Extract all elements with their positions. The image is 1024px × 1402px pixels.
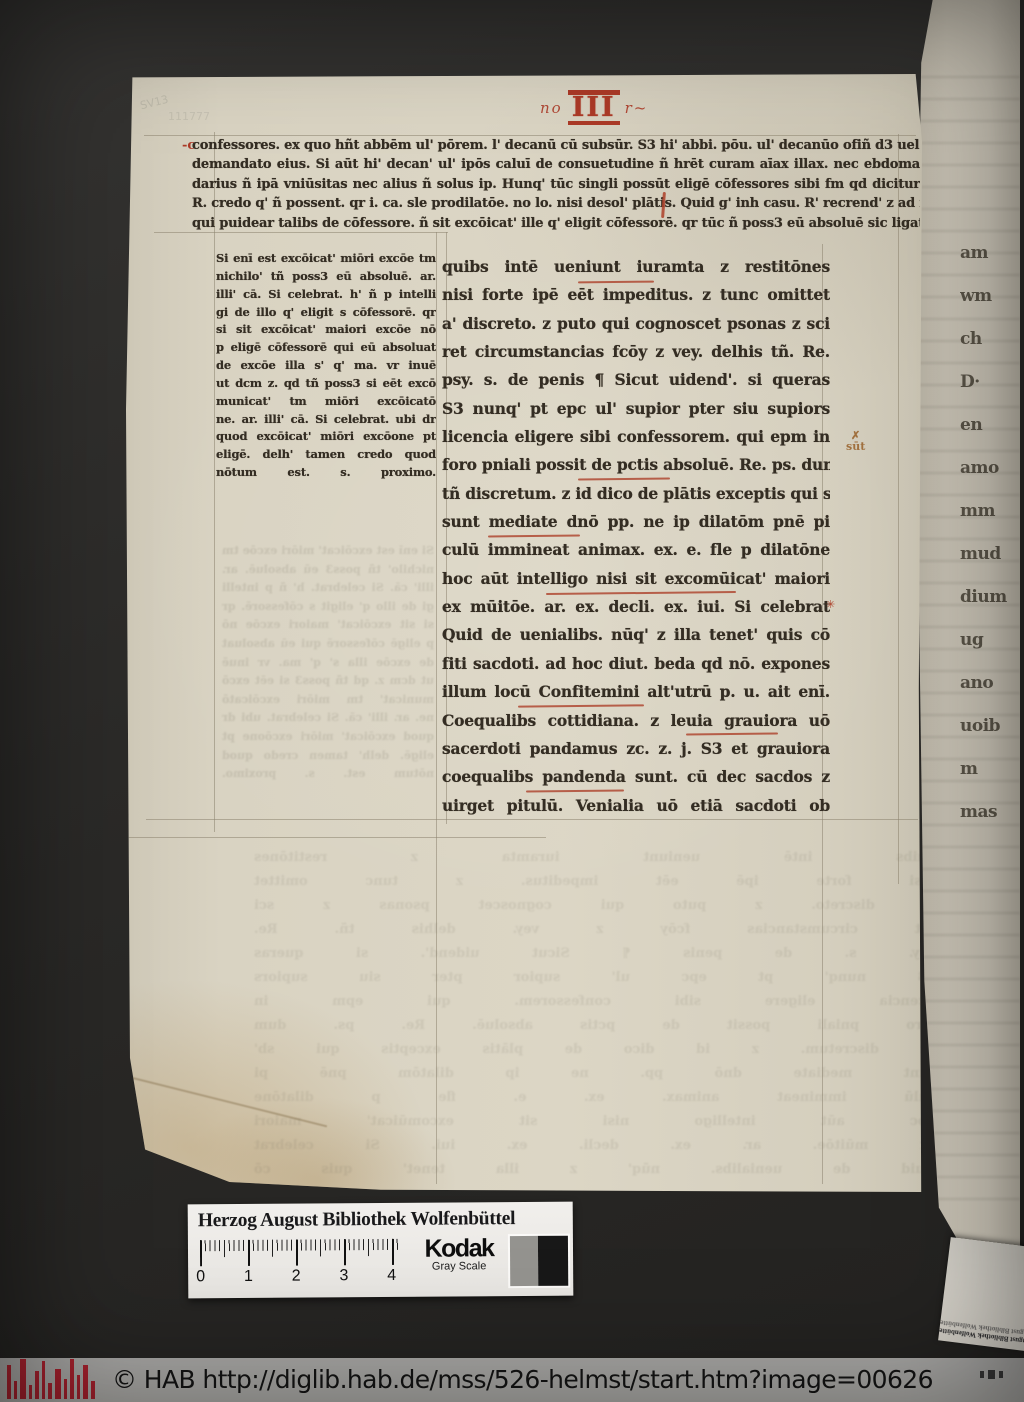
manuscript-text-line: S3 nunq' pt epc ul' supior pter siu supi… <box>442 395 830 423</box>
manuscript-page: SV13 111777 no III r~ -c confessores. ex… <box>126 74 922 1192</box>
manuscript-text-line: nōtum est. s. proximo. <box>216 464 436 482</box>
bleedthrough-line: de excōe illa s' q' ma. vr inuē <box>222 654 434 673</box>
underleaf-text-fragment: ug <box>960 619 1022 662</box>
bleedthrough-line: si sit excōicat' maiori excōe nō <box>222 616 434 635</box>
bleedthrough-line: municat' tm miōri excōicatō <box>222 691 434 710</box>
bleedthrough-line: hoc aūt intelligo nisi sit excomūicat' m… <box>254 1110 936 1134</box>
red-registration-stamp <box>7 1359 95 1399</box>
underleaf-text-fragment: ano <box>960 662 1022 705</box>
bleedthrough-line: ut dcm z. qd tñ poss3 si eēt excō <box>222 672 434 691</box>
ruler-number: 2 <box>292 1268 301 1286</box>
bleedthrough-line: quod excōicat' miōri excōone pt <box>222 728 434 747</box>
bleedthrough-line: licencia eligere sibi confessorem. qui e… <box>254 990 936 1014</box>
manuscript-text-line: eligē. delh' tamen credo quod <box>216 446 436 464</box>
manuscript-text-line: gi de illo q' eligit s cōfessorē. qr <box>216 304 436 322</box>
manuscript-text-line: uirget pitulū. Venialia uō etiā sacdoti … <box>442 792 830 820</box>
manuscript-text-line: illi' cā. Si celebrat. h' ñ p intelli <box>216 286 436 304</box>
pencil-inscription: 111777 <box>168 110 210 123</box>
bleedthrough-line: culū immineat animax. ex. e. fle p dilat… <box>254 1086 936 1110</box>
bleedthrough-line: Quid de uenialibs. nūq' z illa tenet' qu… <box>254 1158 936 1176</box>
bleedthrough-line: foro pniali possit de pctis absoluē. Re.… <box>254 1014 936 1038</box>
ruling-line <box>898 134 899 884</box>
manuscript-text-line: a' discreto. z puto qui cognoscet psonas… <box>442 310 830 338</box>
underleaf-text-fragment: m <box>960 748 1022 791</box>
bleedthrough-line: nichilo' tñ poss3 eū absoluē. ar. <box>222 561 434 580</box>
manuscript-text-line: coequalibs pandenda sunt. cū dec sacdos … <box>442 763 830 791</box>
centimeter-ruler: 01234 <box>200 1239 406 1270</box>
top-text-block: confessores. ex quo hñt abbēm ul' pōrem.… <box>192 136 920 233</box>
ruler-number: 3 <box>339 1267 348 1285</box>
bleedthrough-line: nōtum est. s. proximo. <box>222 765 434 784</box>
bleedthrough-line: gi de illo q' eligit s cōfessorē. qr <box>222 598 434 617</box>
folio-numeral-rubric: no III r~ <box>540 90 648 125</box>
manuscript-text-line: sacerdoti pandamus zc. z. j. S3 et graui… <box>442 735 830 763</box>
manuscript-text-line: de excōe illa s' q' ma. vr inuē <box>216 357 436 375</box>
manuscript-text-line: demandato eius. Si aūt hi' decan' ul' ip… <box>192 155 920 174</box>
manuscript-text-line: illum locū Confitemini alt'utrū p. u. ai… <box>442 678 830 706</box>
copyright-strip: © HAB http://diglib.hab.de/mss/526-helms… <box>0 1358 1024 1402</box>
gray-scale-patch <box>508 1234 570 1288</box>
marginal-annotation-text: sūt <box>846 441 865 452</box>
manuscript-text-line: p eligē cōfessorē qui eū absoluat <box>216 339 436 357</box>
underleaf-text-fragment: en <box>960 404 1022 447</box>
underleaf-clipped-text-column: amwmchD·enamommmuddiumuganouoibmmas <box>960 232 1022 834</box>
bleedthrough-line: illi' cā. Si celebrat. h' ñ p intelli <box>222 579 434 598</box>
underleaf-text-fragment: ch <box>960 318 1022 361</box>
manuscript-text-line: municat' tm miōri excōicatō <box>216 393 436 411</box>
bleedthrough-line: S3 nunq' pt epc ul' supior pter siu supi… <box>254 966 936 990</box>
manuscript-text-line: hoc aūt intelligo nisi sit excomūicat' m… <box>442 565 830 593</box>
manuscript-text-line: Quid de uenialibs. nūq' z illa tenet' qu… <box>442 621 830 649</box>
manuscript-text-line: Coequalibs cottidiana. z leuia grauiora … <box>442 707 830 735</box>
pencil-inscription: SV13 <box>139 93 170 113</box>
rubric-flourish-right: r~ <box>625 99 649 117</box>
manuscript-text-line: Si enī est excōicat' miōri excōe tm <box>216 250 436 268</box>
manuscript-text-line: ex mūitōe. ar. ex. decli. ex. iui. Si ce… <box>442 593 830 621</box>
manuscript-text-line: darius ñ ipā vniūsitas nec alius ñ solus… <box>192 175 920 194</box>
ruling-line <box>126 837 546 838</box>
underleaf-page-edge: amwmchD·enamommmuddiumuganouoibmmas <box>916 0 1020 1258</box>
red-asterisk-mark: ✳ <box>826 598 835 611</box>
manuscript-text-line: psy. s. de penis ¶ Sicut uidend'. si que… <box>442 366 830 394</box>
manuscript-text-line: R. credo q' ñ possent. qr i. ca. sle pro… <box>192 194 920 213</box>
bleedthrough-text-bottom: quibs intē ueniunt iuramta z restitōnesn… <box>254 846 936 1176</box>
underleaf-text-fragment: amo <box>960 447 1022 490</box>
bleedthrough-line: a' discreto. z puto qui cognoscet psonas… <box>254 894 936 918</box>
tiny-corner-mark <box>980 1370 1003 1379</box>
ruler-number: 0 <box>196 1268 205 1286</box>
bleedthrough-line: ex mūitōe. ar. ex. decli. ex. iui. Si ce… <box>254 1134 936 1158</box>
underleaf-text-fragment: wm <box>960 275 1022 318</box>
ruler-numbers: 01234 <box>196 1267 396 1286</box>
manuscript-text-line: nisi forte ipē eēt impeditus. z tunc omi… <box>442 281 830 309</box>
manuscript-text-line: licencia eligere sibi confessorem. qui e… <box>442 423 830 451</box>
kodak-logo: Kodak <box>416 1236 502 1261</box>
manuscript-text-line: si sit excōicat' maiori excōe nō <box>216 321 436 339</box>
gray-patch-light <box>510 1236 538 1286</box>
manuscript-text-line: tñ discretum. z id dico de plātis except… <box>442 480 830 508</box>
underleaf-text-fragment: am <box>960 232 1022 275</box>
library-scale-card: Herzog August Bibliothek Wolfenbüttel 01… <box>188 1202 574 1299</box>
bleedthrough-line: quibs intē ueniunt iuramta z restitōnes <box>254 846 936 870</box>
ruler-number: 1 <box>244 1268 253 1286</box>
underleaf-text-fragment: dium <box>960 576 1022 619</box>
rubric-flourish-left: no <box>540 99 563 117</box>
manuscript-text-line: ut dcm z. qd tñ poss3 si eēt excō <box>216 375 436 393</box>
manuscript-text-line: quod excōicat' miōri excōone pt <box>216 428 436 446</box>
manuscript-text-line: fiti sacdoti. ad hoc diut. beda qd nō. e… <box>442 650 830 678</box>
underleaf-text-fragment: mas <box>960 791 1022 834</box>
bleedthrough-line: ne. ar. illi' cā. Si celebrat. ubi dr <box>222 709 434 728</box>
manuscript-text-line: nichilo' tñ poss3 eū absoluē. ar. <box>216 268 436 286</box>
underleaf-text-fragment: uoib <box>960 705 1022 748</box>
bleedthrough-line: ret circumstancias fcōy z vey. delhis tñ… <box>254 918 936 942</box>
copyright-url-text: © HAB http://diglib.hab.de/mss/526-helms… <box>112 1365 933 1394</box>
ruler-major-ticks <box>200 1239 400 1266</box>
ruling-line <box>214 132 215 832</box>
bleedthrough-text-left: Si enī est excōicat' miōri excōe tmnichi… <box>222 542 434 784</box>
manuscript-text-line: ne. ar. illi' cā. Si celebrat. ubi dr <box>216 411 436 429</box>
manuscript-text-line: confessores. ex quo hñt abbēm ul' pōrem.… <box>192 136 920 155</box>
marginal-annotation: ✗ sūt <box>846 430 865 452</box>
bleedthrough-line: sunt mediate dnō pp. ne ip dilatōm pnē p… <box>254 1062 936 1086</box>
manuscript-text-line: sunt mediate dnō pp. ne ip dilatōm pnē p… <box>442 508 830 536</box>
manuscript-text-line: quibs intē ueniunt iuramta z restitōnes <box>442 253 830 281</box>
ruler-number: 4 <box>387 1267 396 1285</box>
underleaf-text-fragment: mud <box>960 533 1022 576</box>
bleedthrough-line: eligē. delh' tamen credo quod <box>222 747 434 766</box>
bleedthrough-line: tñ discretum. z id dico de plātis except… <box>254 1038 936 1062</box>
bleedthrough-line: nisi forte ipē eēt impeditus. z tunc omi… <box>254 870 936 894</box>
rotated-scale-card-fragment: Herzog August Bibliothek Wolfenbüttel He… <box>938 1237 1024 1355</box>
bleedthrough-line: p eligē cōfessorē qui eū absoluat <box>222 635 434 654</box>
underleaf-text-fragment: D· <box>960 361 1022 404</box>
manuscript-text-line: ret circumstancias fcōy z vey. delhis tñ… <box>442 338 830 366</box>
underleaf-text-fragment: mm <box>960 490 1022 533</box>
marginal-gloss-block: Si enī est excōicat' miōri excōe tmnichi… <box>216 250 436 482</box>
manuscript-text-line: qui puidear talibs de cōfessore. ñ sit e… <box>192 214 920 233</box>
folio-numeral: III <box>568 90 620 125</box>
library-name-label: Herzog August Bibliothek Wolfenbüttel <box>198 1208 565 1233</box>
gray-patch-dark <box>538 1236 569 1286</box>
manuscript-text-line: culū immineat animax. ex. e. fle p dilat… <box>442 536 830 564</box>
bleedthrough-line: psy. s. de penis ¶ Sicut uidend'. si que… <box>254 942 936 966</box>
manuscript-text-line: foro pniali possit de pctis absoluē. Re.… <box>442 451 830 479</box>
bleedthrough-line: Si enī est excōicat' miōri excōe tm <box>222 542 434 561</box>
